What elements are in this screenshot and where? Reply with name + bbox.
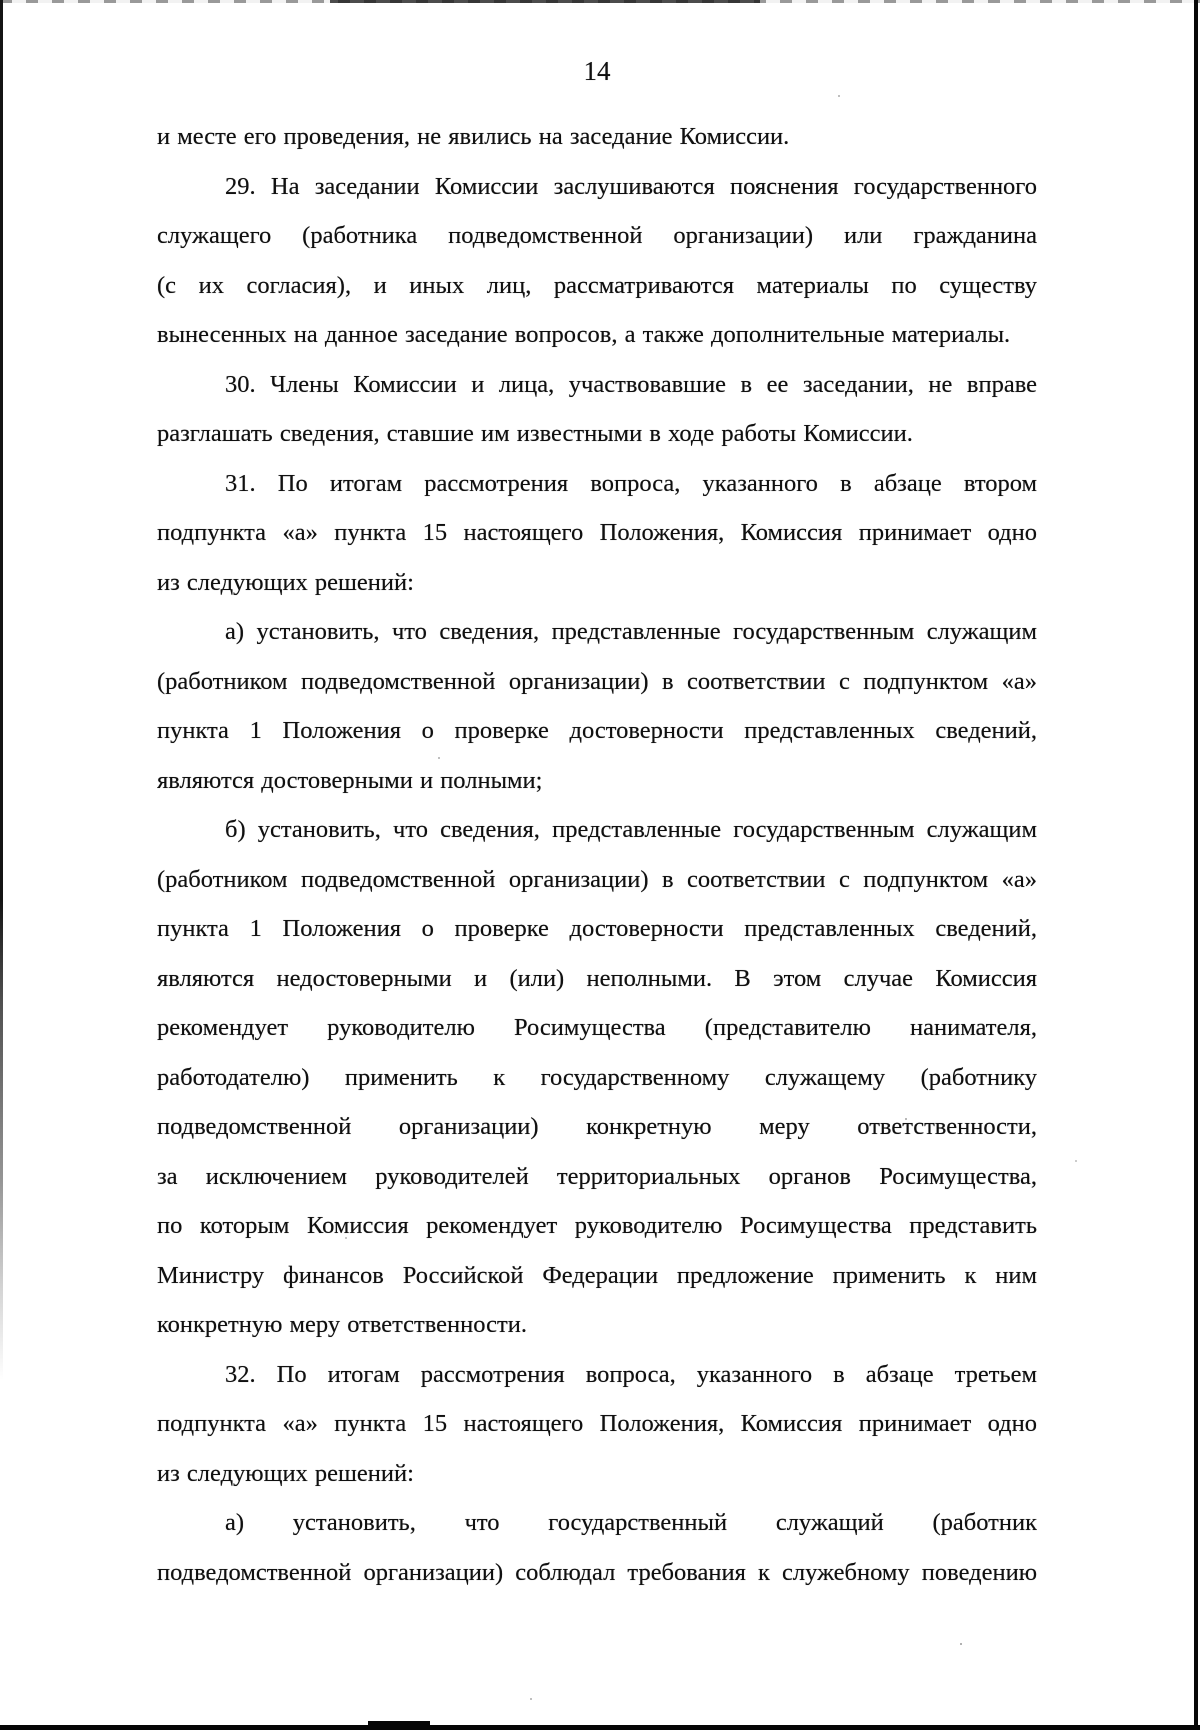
text-line: по которым Комиссия рекомендует руководи… <box>157 1201 1037 1251</box>
text-line: являются недостоверными и (или) неполным… <box>157 954 1037 1004</box>
document-page: 14 и месте его проведения, не явились на… <box>0 0 1200 1730</box>
text-line: (работником подведомственной организации… <box>157 855 1037 905</box>
scan-artifact-top-edge <box>0 0 1200 3</box>
text-line: 32. По итогам рассмотрения вопроса, указ… <box>157 1350 1037 1400</box>
text-line: подпункта «а» пункта 15 настоящего Полож… <box>157 1399 1037 1449</box>
text-line: за исключением руководителей территориал… <box>157 1152 1037 1202</box>
text-line: а) установить, что государственный служа… <box>157 1498 1037 1548</box>
text-line: а) установить, что сведения, представлен… <box>157 607 1037 657</box>
text-line: из следующих решений: <box>157 558 1037 608</box>
scan-artifact-bottom-edge <box>0 1720 1200 1730</box>
text-line: и месте его проведения, не явились на за… <box>157 112 1037 162</box>
text-line: вынесенных на данное заседание вопросов,… <box>157 310 1037 360</box>
text-line: пункта 1 Положения о проверке достоверно… <box>157 706 1037 756</box>
scan-artifact-left-edge <box>0 0 3 1380</box>
text-line: Министру финансов Российской Федерации п… <box>157 1251 1037 1301</box>
text-line: конкретную меру ответственности. <box>157 1300 1037 1350</box>
text-line: из следующих решений: <box>157 1449 1037 1499</box>
page-number: 14 <box>157 56 1037 86</box>
text-line: работодателю) применить к государственно… <box>157 1053 1037 1103</box>
text-line: 29. На заседании Комиссии заслушиваются … <box>157 162 1037 212</box>
scan-noise-specks <box>0 0 2 2</box>
text-line: 31. По итогам рассмотрения вопроса, указ… <box>157 459 1037 509</box>
text-line: рекомендует руководителю Росимущества (п… <box>157 1003 1037 1053</box>
text-line: подпункта «а» пункта 15 настоящего Полож… <box>157 508 1037 558</box>
text-line: (работником подведомственной организации… <box>157 657 1037 707</box>
document-body: и месте его проведения, не явились на за… <box>157 112 1037 1597</box>
text-line: 30. Члены Комиссии и лица, участвовавшие… <box>157 360 1037 410</box>
scan-artifact-right-edge <box>1194 0 1198 1730</box>
text-line: подведомственной организации) соблюдал т… <box>157 1548 1037 1598</box>
text-line: разглашать сведения, ставшие им известны… <box>157 409 1037 459</box>
text-line: пункта 1 Положения о проверке достоверно… <box>157 904 1037 954</box>
text-line: (с их согласия), и иных лиц, рассматрива… <box>157 261 1037 311</box>
text-line: б) установить, что сведения, представлен… <box>157 805 1037 855</box>
text-line: подведомственной организации) конкретную… <box>157 1102 1037 1152</box>
text-line: являются достоверными и полными; <box>157 756 1037 806</box>
text-line: служащего (работника подведомственной ор… <box>157 211 1037 261</box>
